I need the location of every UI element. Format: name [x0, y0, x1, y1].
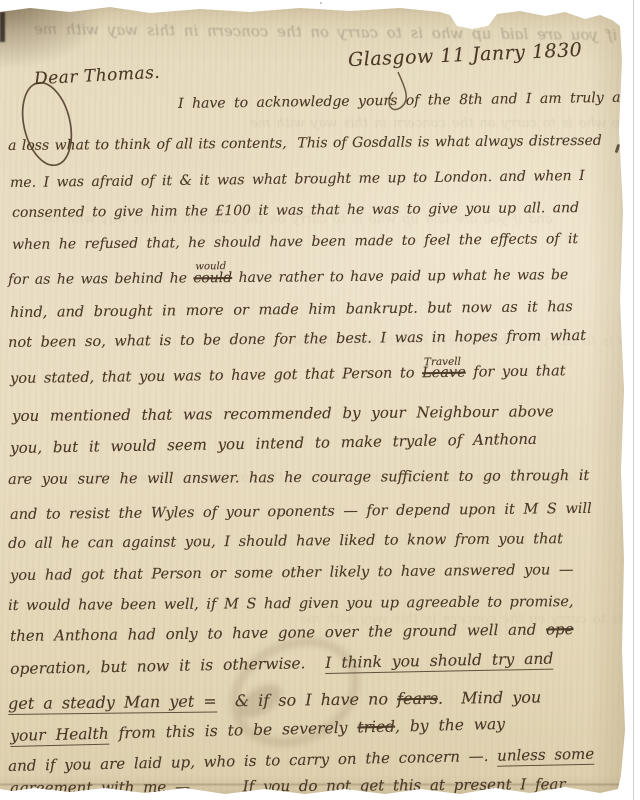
letter-text-segment: for as he was behind he — [8, 270, 194, 288]
letter-line: and to resist the Wyles of your oponents… — [10, 501, 592, 523]
ink-tick-mark — [615, 144, 621, 153]
letter-text-segment: a loss what to think of all its contents… — [8, 133, 602, 154]
letter-line: me. I was afraid of it & it was what bro… — [10, 168, 585, 191]
letter-text-segment: when he refused that, he should have bee… — [12, 231, 578, 253]
letter-line: it would have been well, if M S had give… — [8, 594, 574, 614]
bleedthrough-line: and if you are laid up who is to carry o… — [250, 116, 640, 131]
letter-text-segment: unless some — [497, 745, 594, 767]
salutation: Dear Thomas. — [34, 63, 161, 90]
letter-text-segment: get a steady Man yet = — [8, 691, 217, 715]
letter-line: you had got that Person or some other li… — [10, 562, 574, 584]
inserted-word-above: Travell — [424, 356, 461, 369]
letter-text-segment: ope — [546, 620, 574, 638]
inserted-word-above: would — [195, 262, 226, 273]
letter-line: hind, and brought in more or made him ba… — [10, 299, 573, 321]
letter-text-segment: agreement with me — — [10, 778, 190, 797]
letter-text-segment: I think you should try and — [325, 650, 553, 674]
letter-text-segment: me. I was afraid of it & it was what bro… — [10, 168, 585, 191]
letter-text-segment: fears — [397, 689, 438, 708]
letter-text-segment: hind, and brought in more or made him ba… — [10, 299, 573, 321]
fold-crease — [0, 783, 626, 786]
letter-line: and if you are laid up, who is to carry … — [8, 745, 594, 775]
letter-line: do all he can against you, I should have… — [8, 531, 563, 552]
letter-text-segment: and to resist the Wyles of your oponents… — [10, 501, 592, 523]
letter-text-segment: you mentioned that was recommended by yo… — [12, 402, 554, 425]
paper-sheet: and if you are laid up who is to carry o… — [0, 0, 640, 800]
scanner-edge-line — [633, 0, 634, 800]
letter-line: a loss what to think of all its contents… — [8, 133, 602, 154]
letter-line: when he refused that, he should have bee… — [12, 231, 578, 253]
letter-scan: and if you are laid up who is to carry o… — [0, 0, 640, 800]
letter-line: for as he was behind he couldwould have … — [8, 267, 568, 288]
letter-text-segment: you, but it would seem you intend to mak… — [10, 430, 537, 457]
letter-text-segment: tried — [357, 718, 395, 737]
letter-text-segment: , by the way — [395, 715, 505, 736]
letter-line: you, but it would seem you intend to mak… — [10, 430, 537, 457]
letter-line: agreement with me — If you do not get th… — [10, 775, 566, 797]
letter-line: I have to acknowledge yours of the 8th a… — [178, 90, 626, 112]
flourish-loop — [15, 78, 79, 170]
corner-shadow — [0, 12, 5, 42]
letter-text-segment — [190, 777, 243, 795]
letter-text-segment: LeaveTravell — [422, 365, 466, 382]
dateline: Glasgow 11 Janry 1830 — [348, 39, 583, 71]
letter-text-segment: and if you are laid up, who is to carry … — [8, 747, 497, 775]
letter-text-segment: you stated, that you was to have got tha… — [10, 365, 422, 387]
letter-text-segment: your Health — [10, 725, 109, 747]
letter-text-segment: have rather to have paid up what he was … — [232, 267, 568, 286]
letter-line: you mentioned that was recommended by yo… — [12, 402, 554, 425]
letter-text-segment: . Mind you — [438, 687, 542, 707]
letter-text-segment: couldwould — [193, 270, 232, 286]
letter-text-segment: I have to acknowledge yours of the 8th a… — [178, 90, 626, 112]
letter-text-segment: you had got that Person or some other li… — [10, 562, 574, 584]
letter-text-segment: it would have been well, if M S had give… — [8, 594, 574, 614]
letter-line: you stated, that you was to have got tha… — [10, 363, 566, 387]
letter-text-segment: do all he can against you, I should have… — [8, 531, 563, 552]
dust-speck — [320, 2, 322, 4]
letter-text-segment: for you that — [466, 363, 566, 380]
